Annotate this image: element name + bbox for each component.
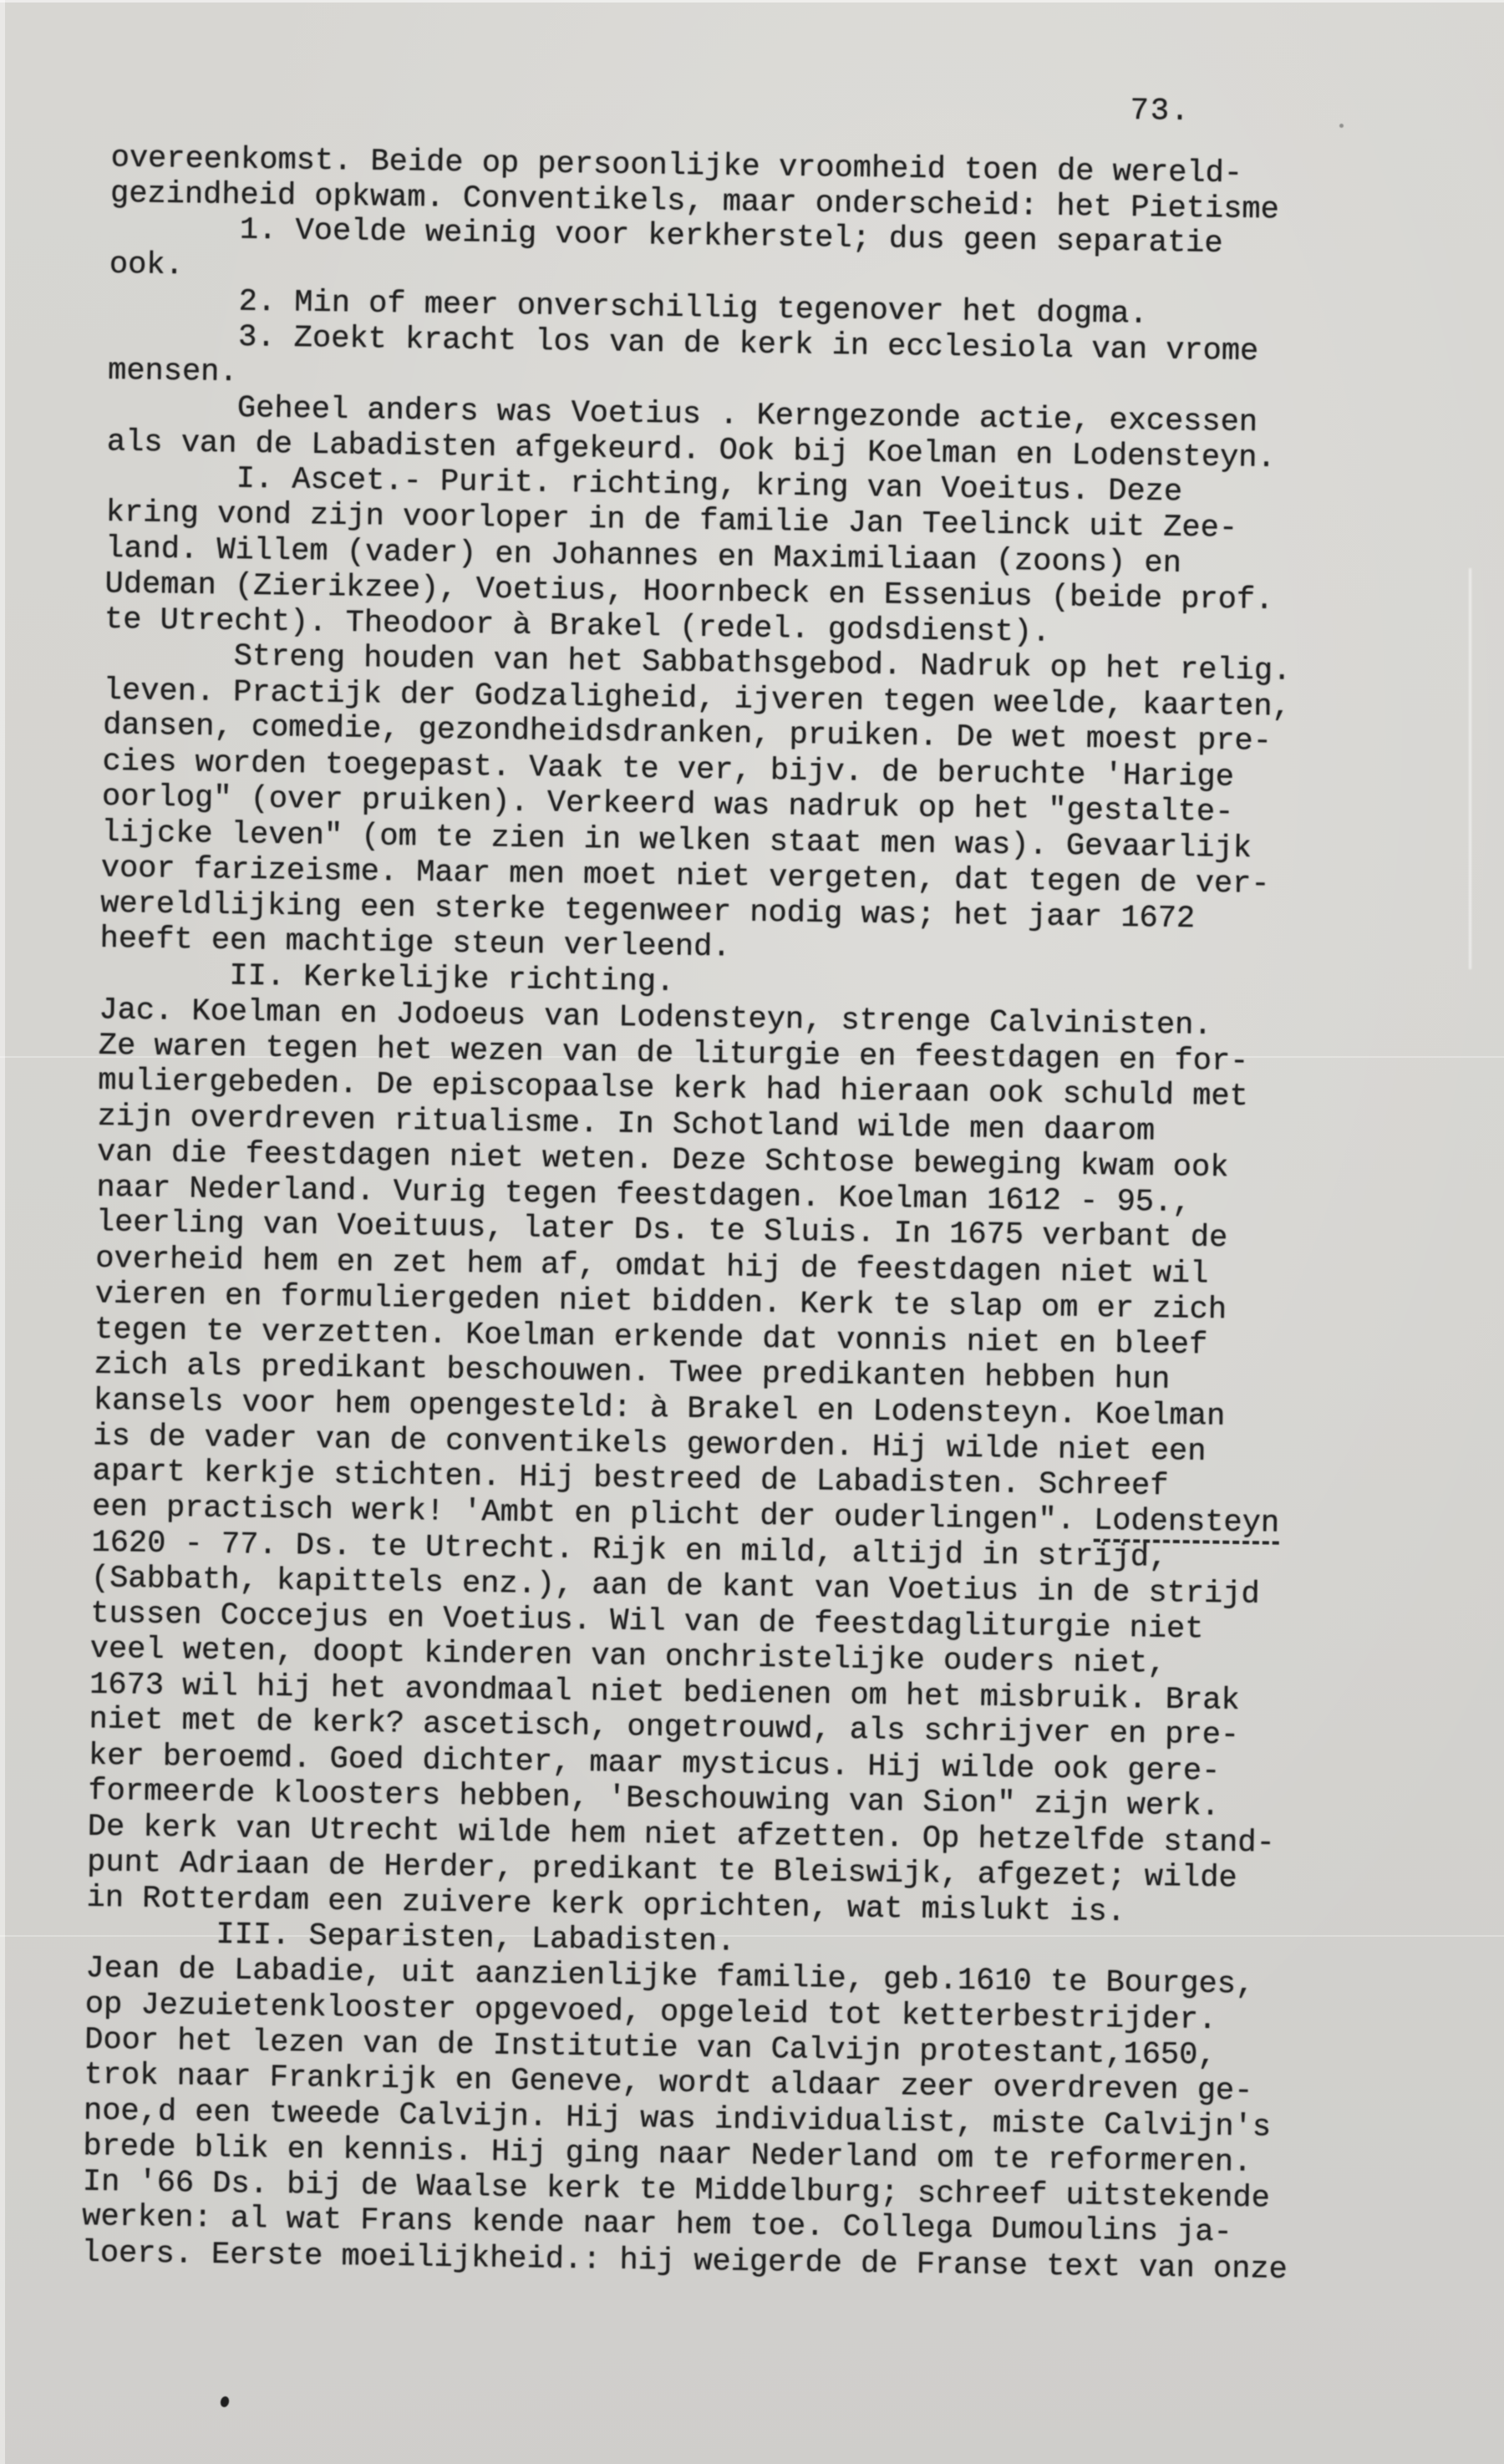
document-page: 73. overeenkomst. Beide op persoonlijke … (0, 0, 1504, 2464)
scan-edge-top (0, 0, 1504, 3)
typewritten-text-block: 73. overeenkomst. Beide op persoonlijke … (81, 140, 1464, 2289)
ink-speck (1339, 124, 1344, 128)
text-lines: overeenkomst. Beide op persoonlijke vroo… (81, 140, 1464, 2289)
underlined-word: Lodensteyn (1094, 1504, 1280, 1545)
ink-dot (219, 2395, 230, 2408)
scan-edge-left (0, 0, 5, 2464)
scan-streak (1469, 568, 1471, 969)
page-number: 73. (1130, 94, 1191, 130)
